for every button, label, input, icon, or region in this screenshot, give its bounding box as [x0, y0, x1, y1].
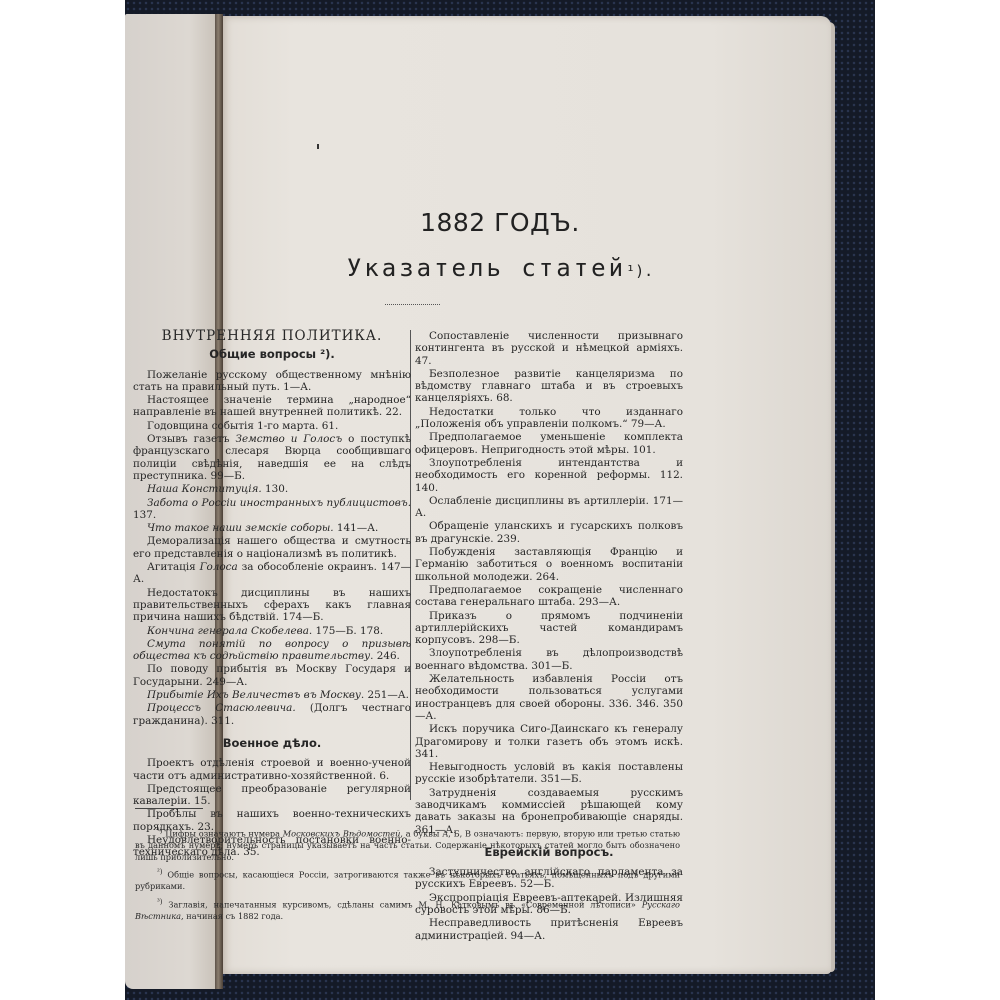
- entry-text: 130.: [262, 483, 288, 495]
- entry-text: Желательность избавленія Россіи отъ необ…: [415, 673, 683, 722]
- entry-text: Невыгодность условій въ какія поставлены…: [415, 761, 683, 785]
- military-entries-continued: Сопоставленіе численности призывнаго кон…: [415, 330, 683, 836]
- footnotes: ¹) Цифры означаютъ нумера Московскихъ Вѣ…: [135, 826, 680, 927]
- footnote-italic: Московскихъ Вѣдомостей: [283, 829, 401, 839]
- entry-text: По поводу прибытія въ Москву Государя и …: [133, 663, 411, 687]
- entry-text: 246.: [373, 650, 399, 662]
- footnote-text: , начиная съ 1882 года.: [181, 911, 283, 921]
- entry-text: Агитація: [147, 561, 200, 573]
- entry-text: Предполагаемое сокращеніе численнаго сос…: [415, 584, 683, 608]
- index-entry: Недостатокъ дисциплины въ нашихъ правите…: [133, 587, 411, 624]
- subsection-title-general: Общие вопросы ²).: [133, 348, 411, 360]
- entry-text: Злоупотребленія въ дѣлопроизводствѣ воен…: [415, 647, 683, 671]
- index-entry: Предполагаемое сокращеніе численнаго сос…: [415, 584, 683, 609]
- index-entry: Злоупотребленія интендантства и необходи…: [415, 457, 683, 494]
- index-entry: Настоящее значеніе термина „народное“ на…: [133, 394, 411, 419]
- entry-italic-title: Что такое наши земскіе соборы.: [147, 522, 334, 534]
- footnote: ³) Заглавія, напечатанныя курсивомъ, сдѣ…: [135, 897, 680, 923]
- entry-text: Недостатокъ дисциплины въ нашихъ правите…: [133, 587, 411, 624]
- general-entries: Пожеланіе русскому общественному мнѣнію …: [133, 369, 411, 727]
- page-title: Указатель статей¹).: [0, 254, 1000, 282]
- index-entry: Что такое наши земскіе соборы. 141—А.: [133, 522, 411, 534]
- entry-text: Пожеланіе русскому общественному мнѣнію …: [133, 369, 411, 393]
- entry-italic-title: Прибытіе Ихъ Величествъ въ Москву.: [147, 689, 364, 701]
- footnote-rule: [135, 808, 203, 809]
- entry-text: Побужденія заставляющія Францію и Герман…: [415, 546, 683, 583]
- entry-text: Отзывъ газетъ: [147, 433, 236, 445]
- entry-text: Искъ поручика Сиго-Даинскаго къ генералу…: [415, 723, 683, 760]
- index-entry: Недостатки только что изданнаго „Положен…: [415, 406, 683, 431]
- entry-italic-title: Наша Конституція.: [147, 483, 262, 495]
- footnote: ²) Общіе вопросы, касающіеся Россіи, зат…: [135, 867, 680, 893]
- footnote: ¹) Цифры означаютъ нумера Московскихъ Вѣ…: [135, 826, 680, 863]
- index-entry: Предстоящее преобразованіе регулярной ка…: [133, 783, 411, 808]
- index-entry: Кончина генерала Скобелева. 175—Б. 178.: [133, 625, 411, 637]
- index-entry: Наша Конституція. 130.: [133, 483, 411, 495]
- entry-text: Ослабленіе дисциплины въ артиллеріи. 171…: [415, 495, 683, 519]
- entry-text: Настоящее значеніе термина „народное“ на…: [133, 394, 411, 418]
- entry-text: 175—Б. 178.: [312, 625, 383, 637]
- index-entry: Процессъ Стасюлевича. (Долгъ честнаго гр…: [133, 702, 411, 727]
- entry-text: Обращеніе уланскихъ и гусарскихъ полковъ…: [415, 520, 683, 544]
- index-entry: Невыгодность условій въ какія поставлены…: [415, 761, 683, 786]
- entry-text: Предполагаемое уменьшеніе комплекта офиц…: [415, 431, 683, 455]
- index-entry: Желательность избавленія Россіи отъ необ…: [415, 673, 683, 722]
- footnote-text: Заглавія, напечатанныя курсивомъ, сдѣлан…: [163, 900, 642, 910]
- index-entry: Проектъ отдѣленія строевой и военно-учен…: [133, 757, 411, 782]
- page-title-year: 1882 ГОДЪ.: [0, 208, 1000, 237]
- subsection-title-military: Военное дѣло.: [133, 737, 411, 749]
- index-entry: Искъ поручика Сиго-Даинскаго къ генералу…: [415, 723, 683, 760]
- print-mark: [317, 144, 319, 149]
- index-entry: Предполагаемое уменьшеніе комплекта офиц…: [415, 431, 683, 456]
- entry-text: Недостатки только что изданнаго „Положен…: [415, 406, 683, 430]
- page-title-text: Указатель статей: [347, 254, 626, 282]
- entry-text: Безполезное развитіе канцеляризма по вѣд…: [415, 368, 683, 405]
- index-entry: По поводу прибытія въ Москву Государя и …: [133, 663, 411, 688]
- entry-text: Злоупотребленія интендантства и необходи…: [415, 457, 683, 494]
- index-entry: Агитація Голоса за обособленіе окраинъ. …: [133, 561, 411, 586]
- index-entry: Злоупотребленія въ дѣлопроизводствѣ воен…: [415, 647, 683, 672]
- entry-text: 251—А.: [364, 689, 409, 701]
- index-entry: Забота о Россіи иностранныхъ публицистов…: [133, 497, 411, 522]
- index-entry: Ослабленіе дисциплины въ артиллеріи. 171…: [415, 495, 683, 520]
- index-entry: Прибытіе Ихъ Величествъ въ Москву. 251—А…: [133, 689, 411, 701]
- index-entry: Пожеланіе русскому общественному мнѣнію …: [133, 369, 411, 394]
- entry-italic-title: Забота о Россіи иностранныхъ публицистов…: [147, 497, 411, 509]
- index-entry: Отзывъ газетъ Земство и Голосъ о поступк…: [133, 433, 411, 482]
- index-entry: Безполезное развитіе канцеляризма по вѣд…: [415, 368, 683, 405]
- entry-text: Приказъ о прямомъ подчиненіи артиллерійс…: [415, 610, 683, 647]
- entry-italic-title: Кончина генерала Скобелева.: [147, 625, 312, 637]
- footnote-text: Цифры означаютъ нумера: [163, 829, 283, 839]
- index-entry: Деморализація нашего общества и смутност…: [133, 535, 411, 560]
- title-ornament: [385, 300, 440, 305]
- entry-text: Сопоставленіе численности призывнаго кон…: [415, 330, 683, 367]
- title-footnote-mark: ¹).: [626, 262, 653, 280]
- section-title-internal-policy: ВНУТРЕННЯЯ ПОЛИТИКА.: [133, 330, 411, 342]
- index-entry: Приказъ о прямомъ подчиненіи артиллерійс…: [415, 610, 683, 647]
- entry-italic-title: Голоса: [200, 561, 238, 573]
- entry-text: Деморализація нашего общества и смутност…: [133, 535, 411, 559]
- entry-italic-title: Процессъ Стасюлевича.: [147, 702, 296, 714]
- index-entry: Побужденія заставляющія Францію и Герман…: [415, 546, 683, 583]
- entry-italic-title: Смута понятій по вопросу о призывѣ общес…: [133, 638, 411, 662]
- entry-italic-title: Земство и Голосъ: [236, 433, 343, 445]
- index-entry: Сопоставленіе численности призывнаго кон…: [415, 330, 683, 367]
- index-entry: Обращеніе уланскихъ и гусарскихъ полковъ…: [415, 520, 683, 545]
- left-column: ВНУТРЕННЯЯ ПОЛИТИКА. Общие вопросы ²). П…: [133, 330, 411, 860]
- entry-text: Предстоящее преобразованіе регулярной ка…: [133, 783, 411, 807]
- index-entry: Годовщина событія 1-го марта. 61.: [133, 420, 411, 432]
- entry-text: Годовщина событія 1-го марта. 61.: [147, 420, 338, 432]
- entry-text: 137.: [133, 509, 156, 521]
- footnote-text: Общіе вопросы, касающіеся Россіи, затрог…: [135, 870, 680, 892]
- index-entry: Смута понятій по вопросу о призывѣ общес…: [133, 638, 411, 663]
- entry-text: Проектъ отдѣленія строевой и военно-учен…: [133, 757, 411, 781]
- entry-text: 141—А.: [334, 522, 379, 534]
